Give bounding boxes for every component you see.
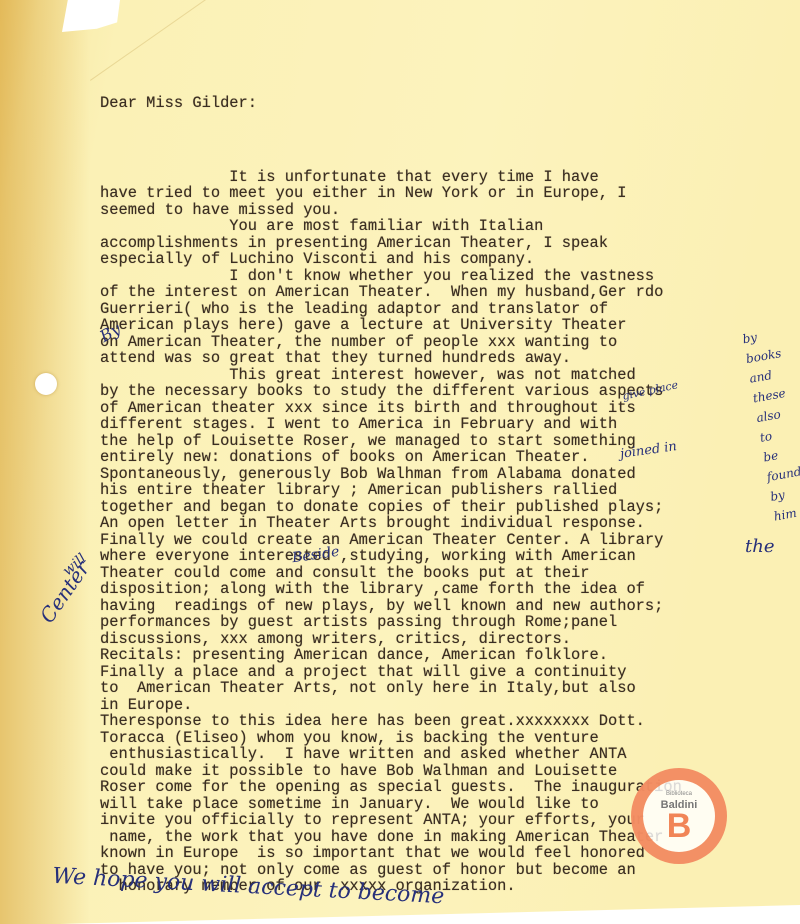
letter-line: performances by guest artists passing th…: [100, 614, 800, 631]
letter-line: attend was so great that they turned hun…: [100, 350, 800, 367]
letter-line: to American Theater Arts, not only here …: [100, 680, 800, 697]
letter-line: You are most familiar with Italian: [100, 218, 800, 235]
letter-line: of American theater xxx since its birth …: [100, 400, 800, 417]
letter-line: Toracca (Eliseo) whom you know, is backi…: [100, 730, 800, 747]
stamp-top-text: Biblioteca: [666, 791, 692, 797]
letter-line: entirely new: donations of books on Amer…: [100, 449, 800, 466]
salutation: Dear Miss Gilder:: [100, 95, 800, 112]
letter-line: by the necessary books to study the diff…: [100, 383, 800, 400]
letter-line: This great interest however, was not mat…: [100, 367, 800, 384]
letter-line: the help of Louisette Roser, we managed …: [100, 433, 800, 450]
letter-line: American plays here) gave a lecture at U…: [100, 317, 800, 334]
age-stain: [0, 0, 90, 924]
letter-line: Theresponse to this idea here has been g…: [100, 713, 800, 730]
letter-line: on American Theater, the number of peopl…: [100, 334, 800, 351]
letter-line: Finally a place and a project that will …: [100, 664, 800, 681]
letter-line: Theater could come and consult the books…: [100, 565, 800, 582]
stamp-logo-icon: B: [667, 811, 692, 841]
letter-line: in Europe.: [100, 697, 800, 714]
letter-line: having readings of new plays, by well kn…: [100, 598, 800, 615]
letter-line: where everyone interested ,studying, wor…: [100, 548, 800, 565]
letter-line: It is unfortunate that every time I have: [100, 169, 800, 186]
letter-line: Recitals: presenting American dance, Ame…: [100, 647, 800, 664]
letter-line: enthusiastically. I have written and ask…: [100, 746, 800, 763]
letter-line: seemed to have missed you.: [100, 202, 800, 219]
letter-line: especially of Luchino Visconti and his c…: [100, 251, 800, 268]
letter-line: I don't know whether you realized the va…: [100, 268, 800, 285]
letter-line: accomplishments in presenting American T…: [100, 235, 800, 252]
letter-line: have tried to meet you either in New Yor…: [100, 185, 800, 202]
letter-line: Spontaneously, generously Bob Walhman fr…: [100, 466, 800, 483]
letter-line: discussions, xxx among writers, critics,…: [100, 631, 800, 648]
letter-line: his entire theater library ; American pu…: [100, 482, 800, 499]
letter-line: different stages. I went to America in F…: [100, 416, 800, 433]
letter-line: disposition; along with the library ,cam…: [100, 581, 800, 598]
handwritten-the: the: [745, 540, 774, 554]
letter-line: Guerrieri( who is the leading adaptor an…: [100, 301, 800, 318]
letter-line: of the interest on American Theater. Whe…: [100, 284, 800, 301]
letter-line: An open letter in Theater Arts brought i…: [100, 515, 800, 532]
library-stamp: Biblioteca Baldini B: [631, 768, 727, 864]
letter-line: together and began to donate copies of t…: [100, 499, 800, 516]
letter-line: Finally we could create an American Thea…: [100, 532, 800, 549]
punch-hole: [35, 373, 57, 395]
